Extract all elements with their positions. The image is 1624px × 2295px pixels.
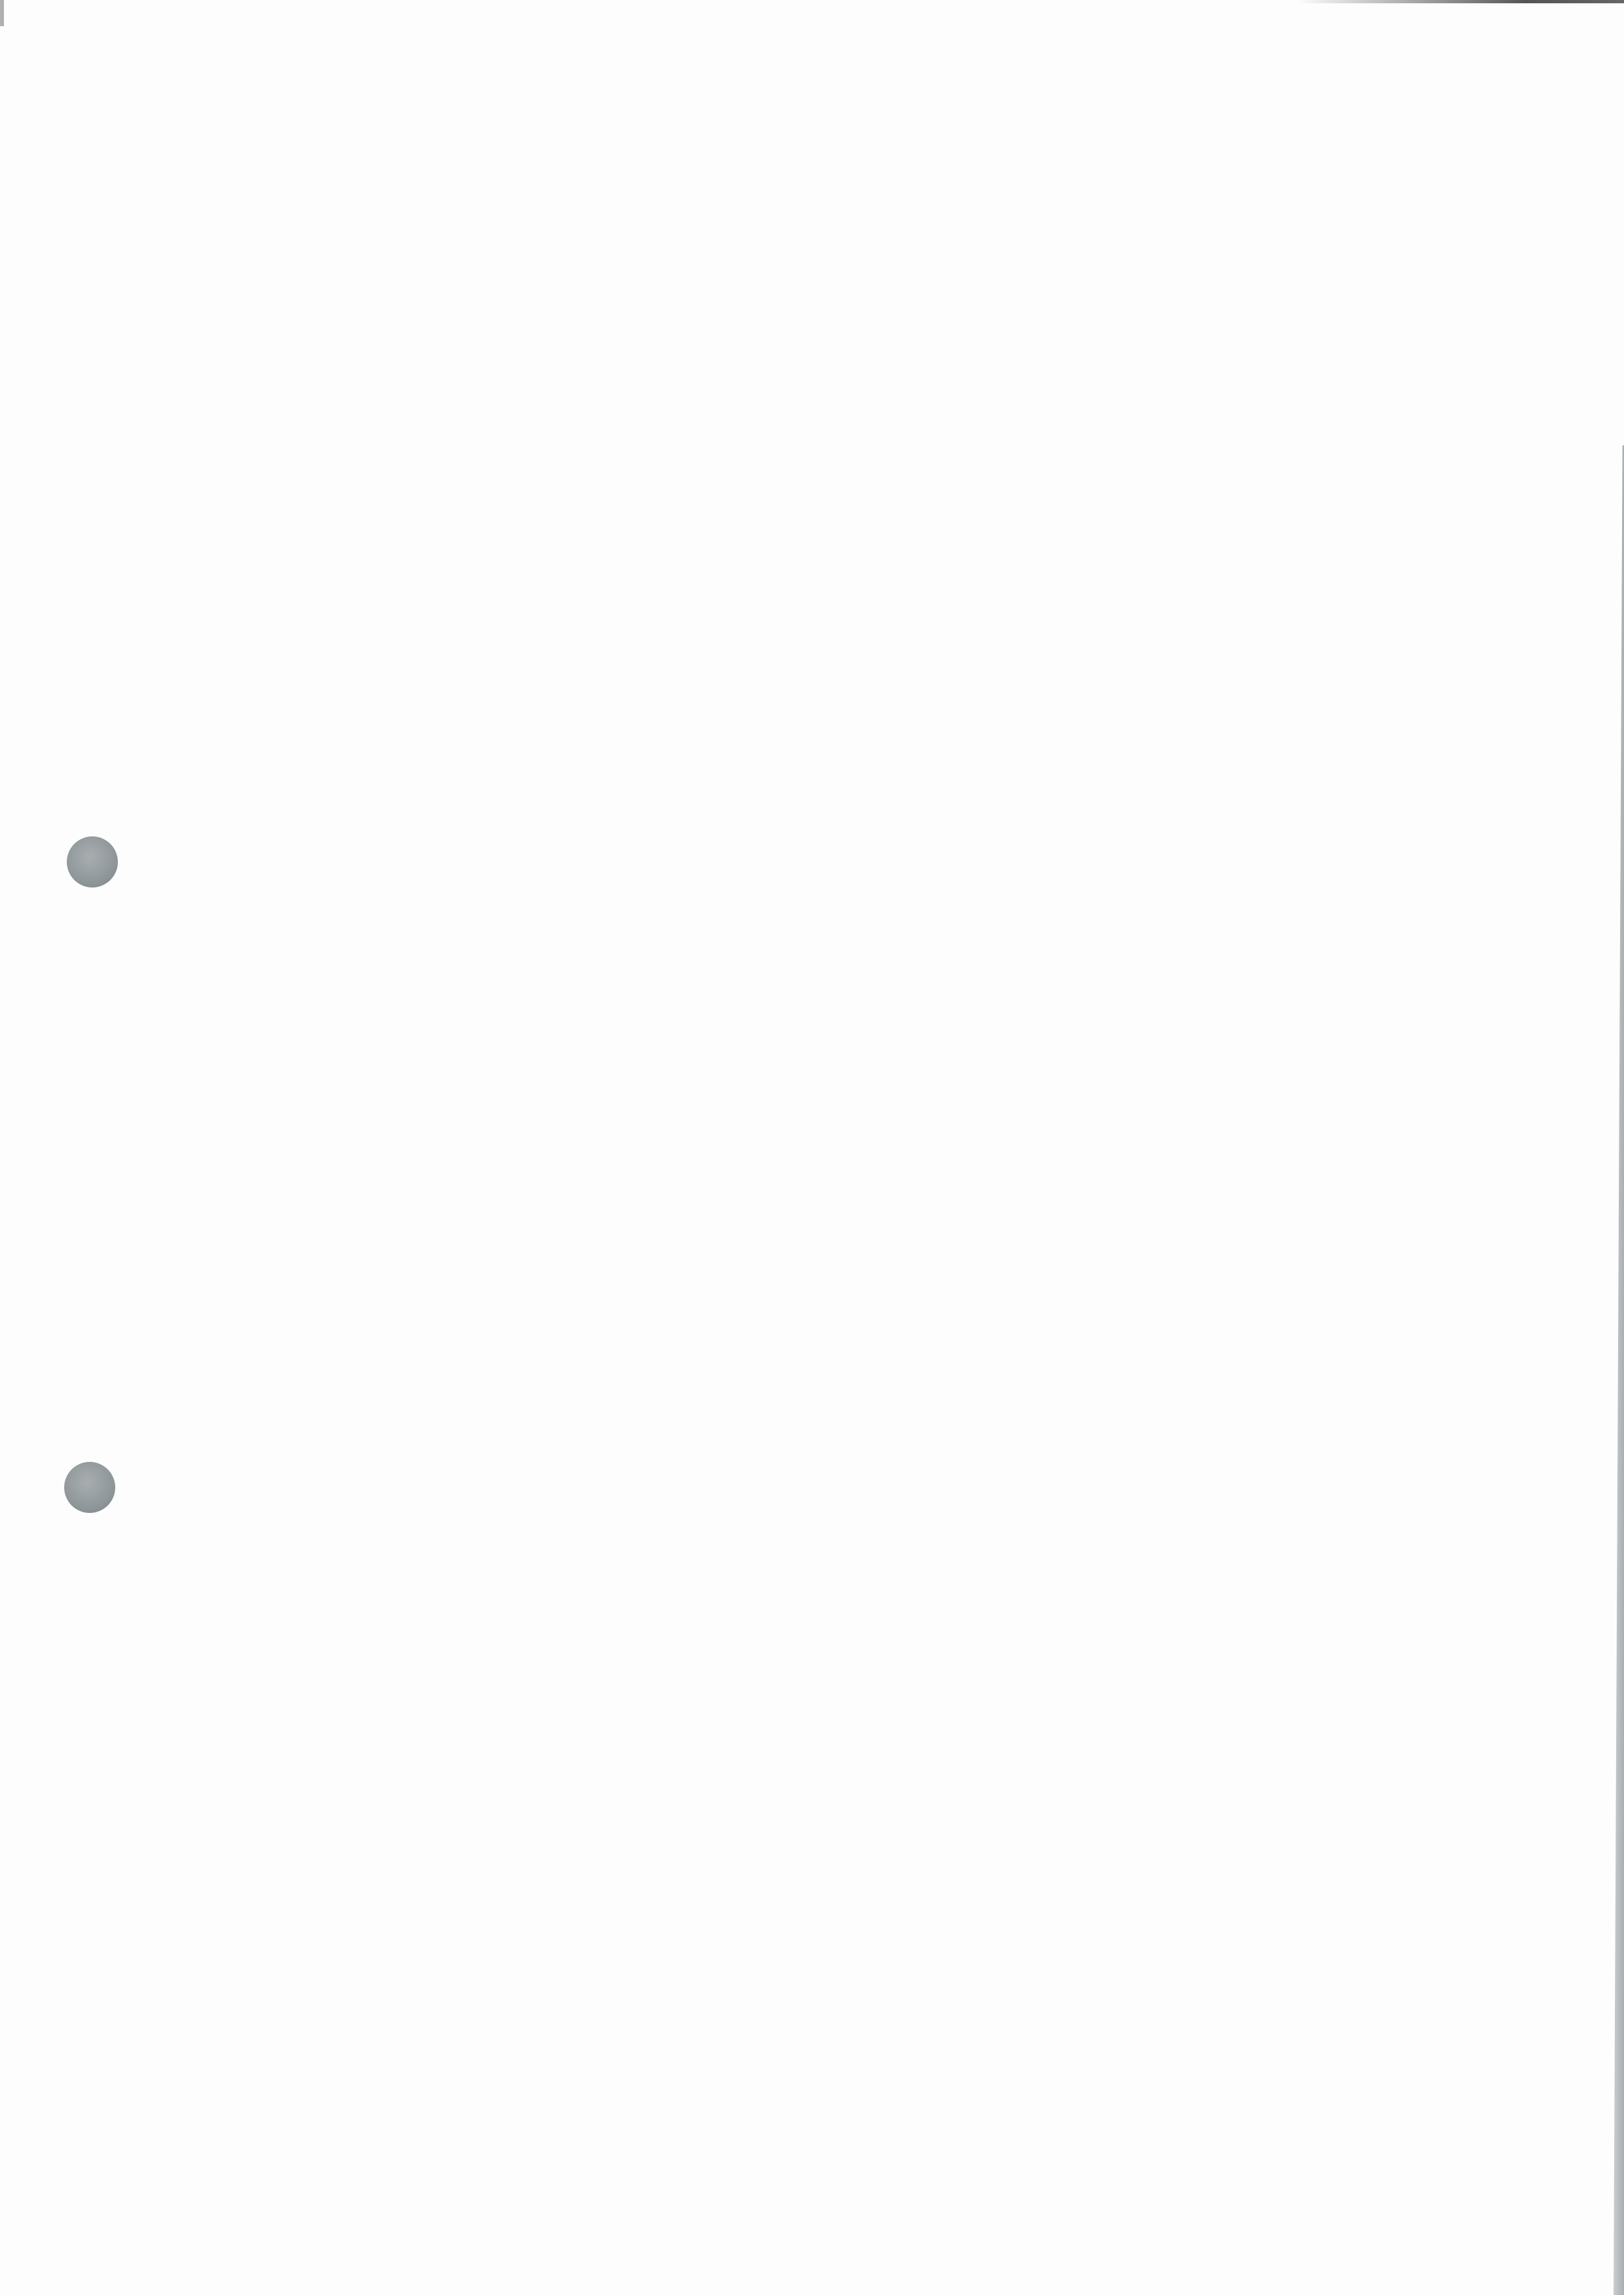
scan-edge-left — [0, 0, 4, 26]
punch-hole-icon — [64, 1462, 115, 1513]
document-page — [0, 0, 1624, 2295]
scan-edge-top — [1297, 0, 1624, 3]
punch-hole-icon — [67, 836, 118, 887]
scan-edge-right — [1614, 445, 1624, 2295]
